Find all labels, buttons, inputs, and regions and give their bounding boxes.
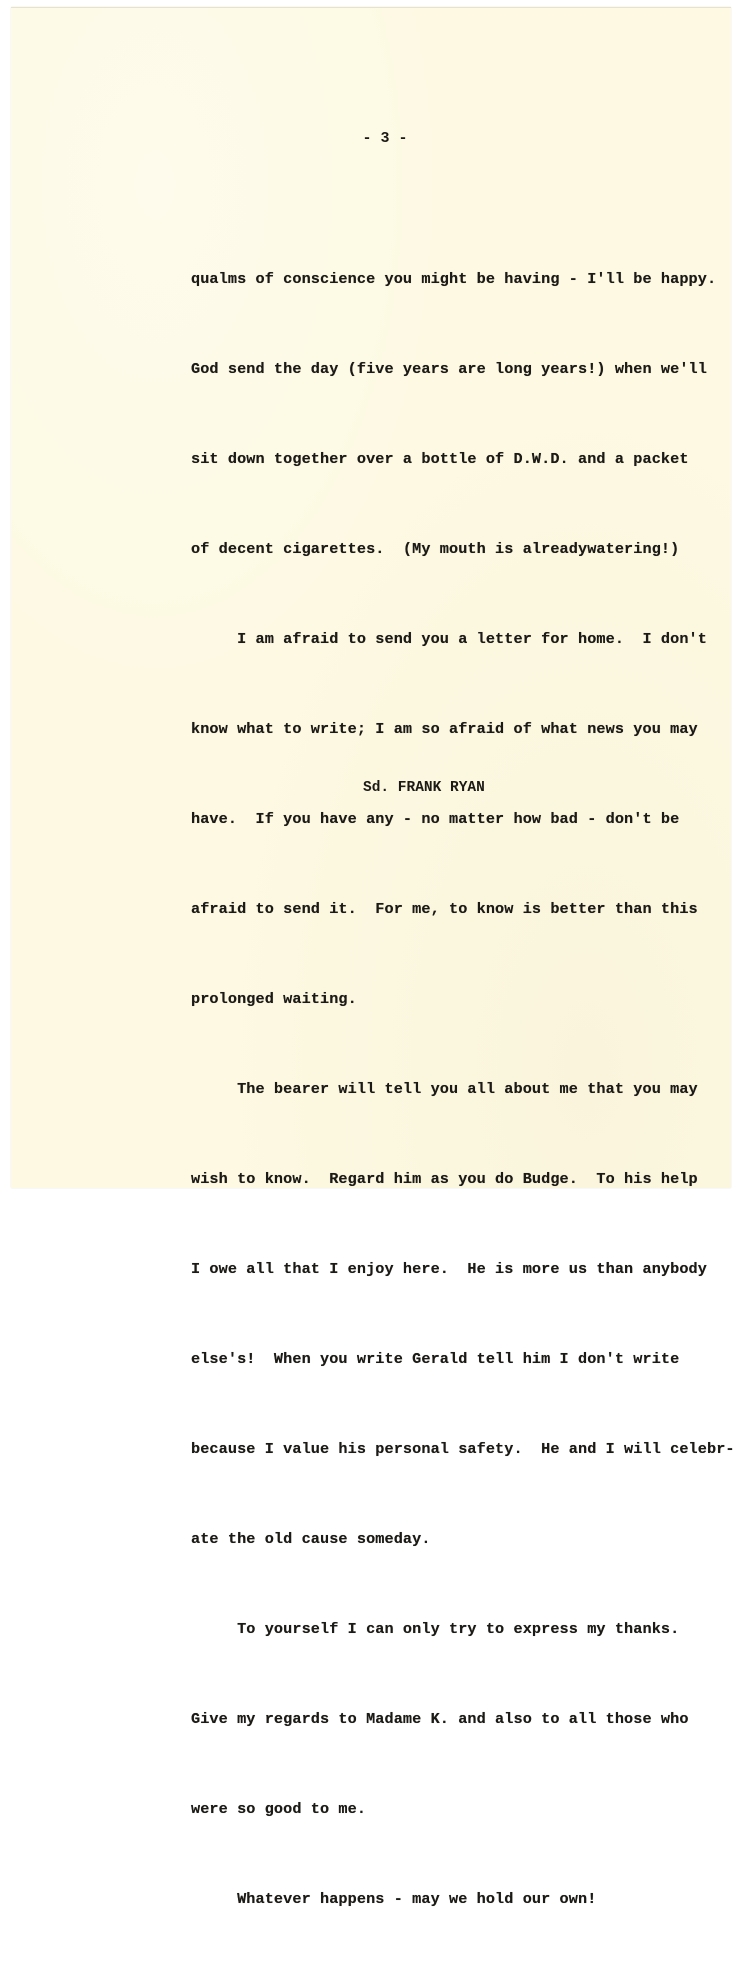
- text-line: sit down together over a bottle of D.W.D…: [191, 444, 735, 474]
- page-number: - 3 -: [11, 130, 731, 147]
- signature: Sd. FRANK RYAN: [363, 780, 485, 796]
- text-line: wish to know. Regard him as you do Budge…: [191, 1164, 735, 1194]
- text-line: afraid to send it. For me, to know is be…: [191, 894, 735, 924]
- text-line: have. If you have any - no matter how ba…: [191, 804, 735, 834]
- text-line: prolonged waiting.: [191, 984, 735, 1014]
- text-line: know what to write; I am so afraid of wh…: [191, 714, 735, 744]
- text-line: of decent cigarettes. (My mouth is alrea…: [191, 534, 735, 564]
- text-line: God send the day (five years are long ye…: [191, 354, 735, 384]
- letter-page: - 3 - qualms of conscience you might be …: [11, 7, 731, 1188]
- text-line: qualms of conscience you might be having…: [191, 264, 735, 294]
- letter-body: qualms of conscience you might be having…: [191, 204, 735, 1200]
- text-line: I am afraid to send you a letter for hom…: [191, 624, 735, 654]
- text-line: The bearer will tell you all about me th…: [191, 1074, 735, 1104]
